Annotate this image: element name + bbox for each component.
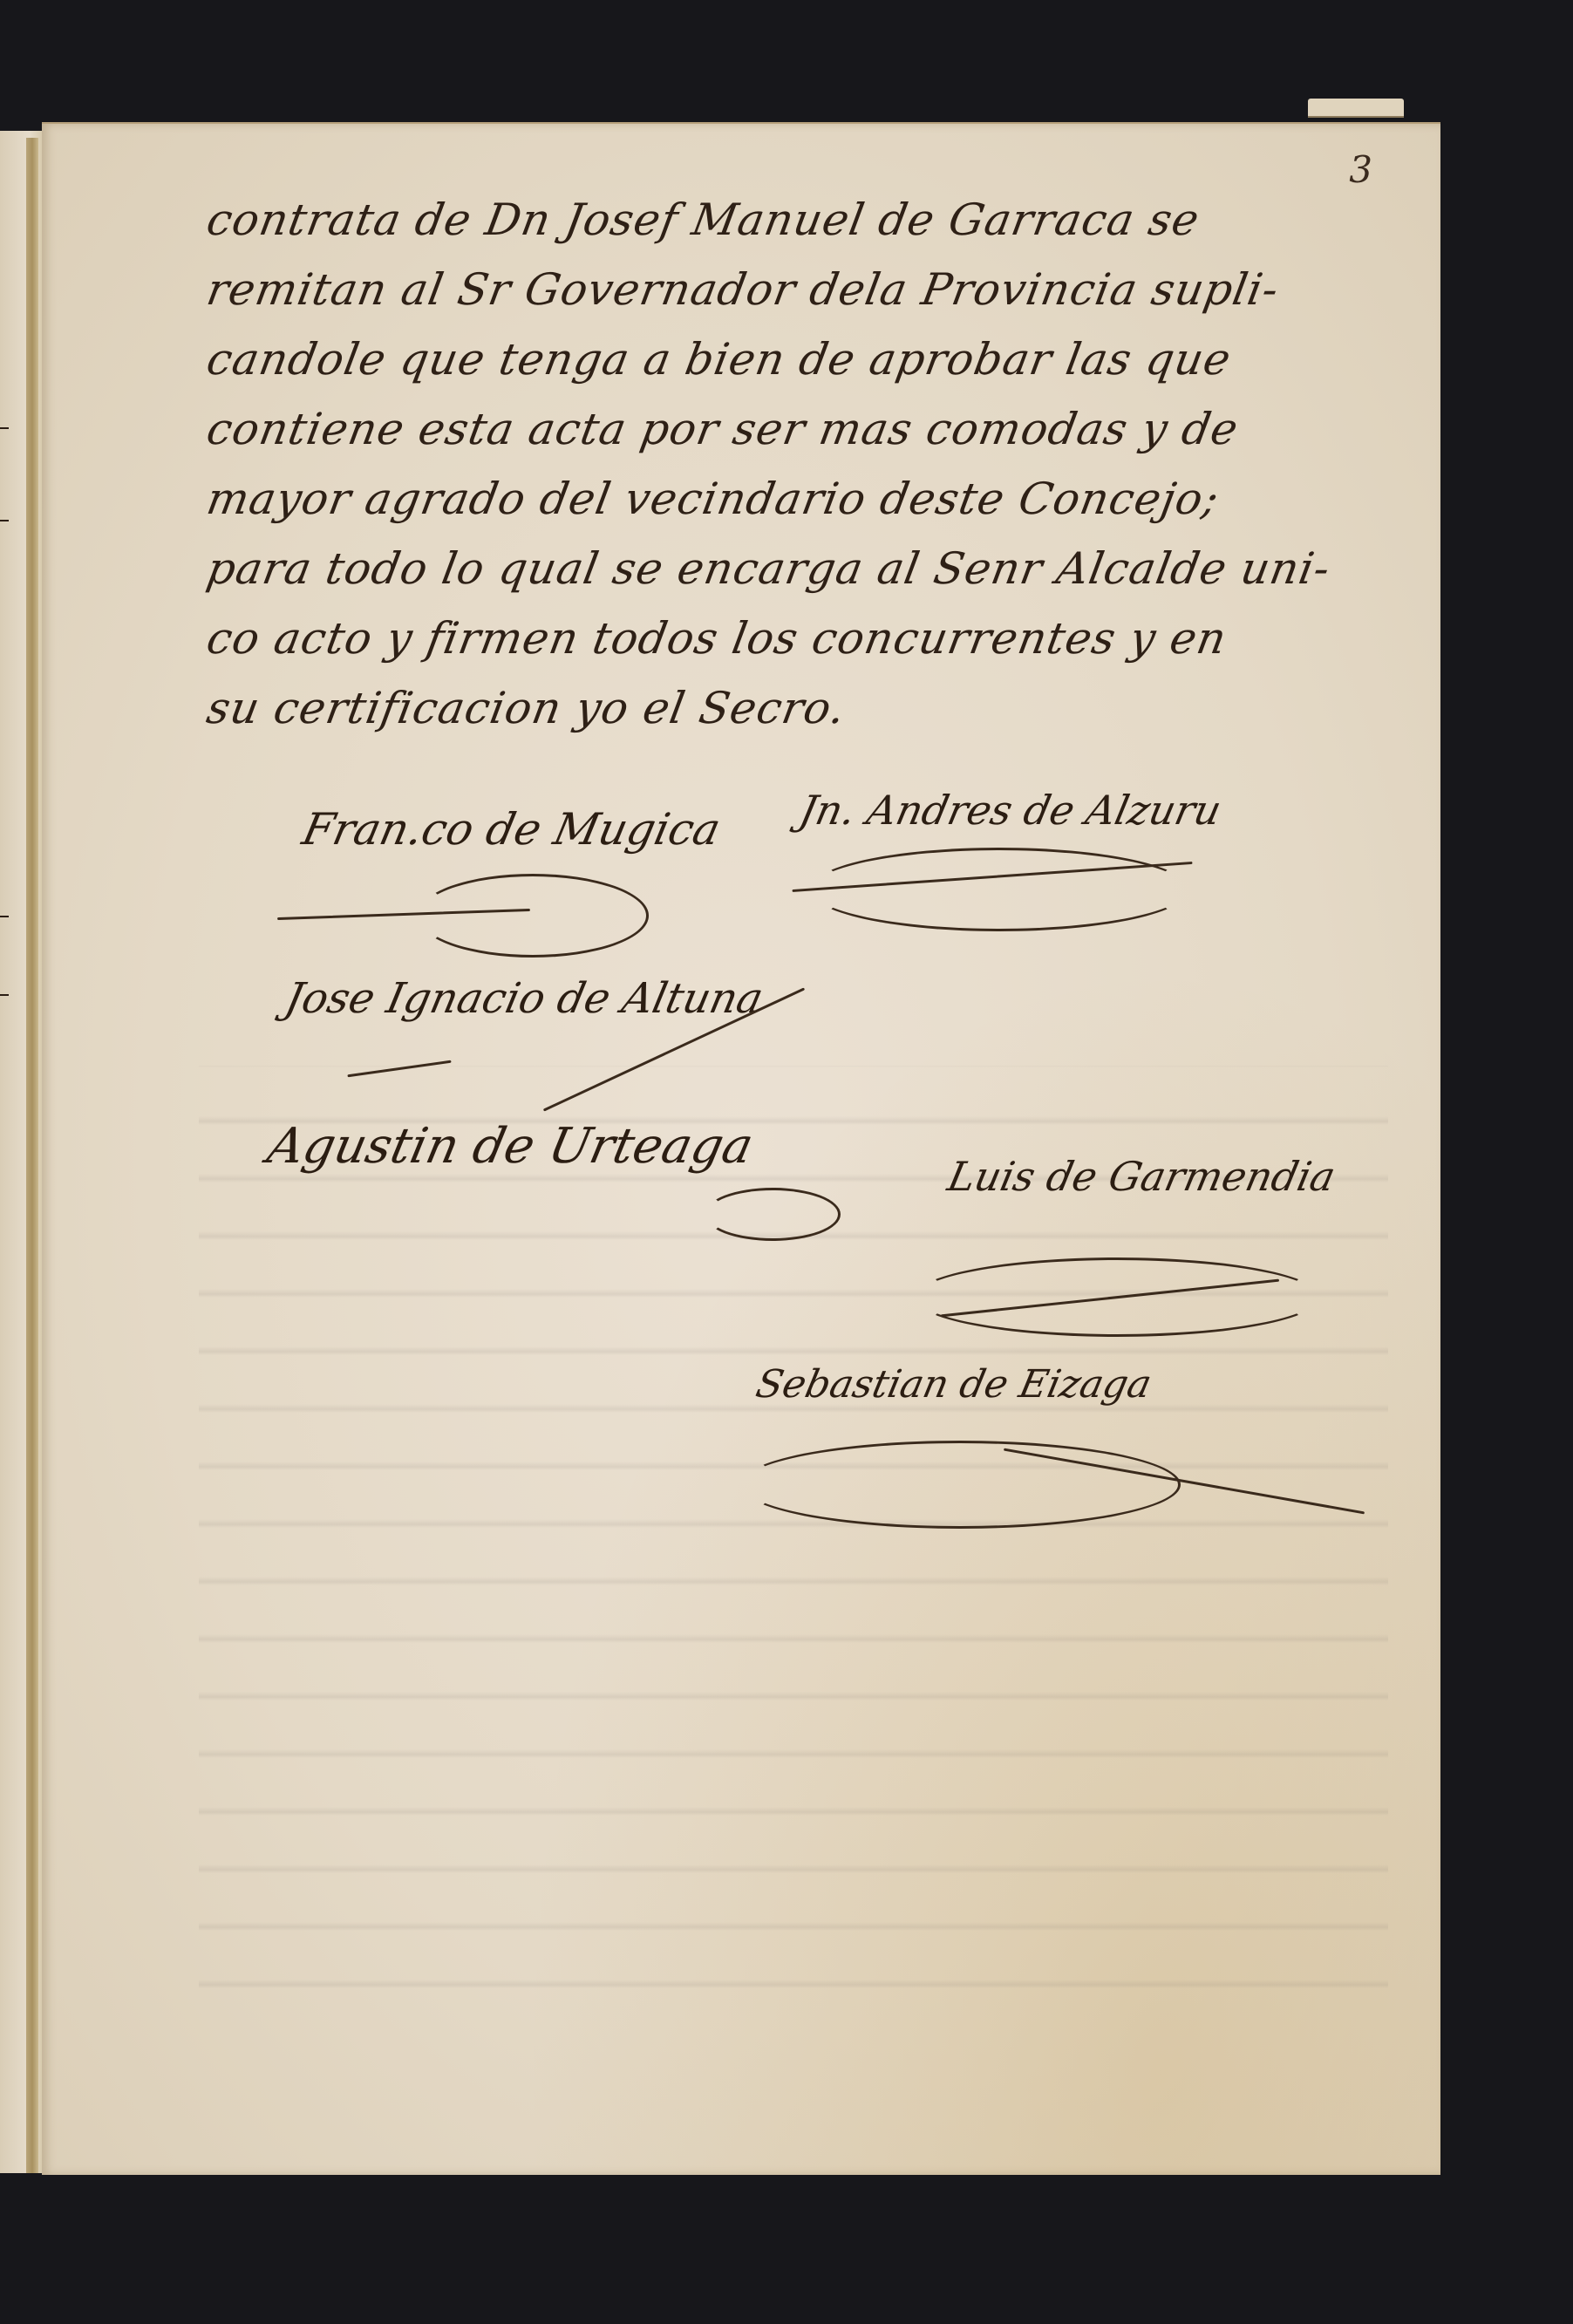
verso-ink-mark — [0, 520, 9, 521]
text-line: su certificacion yo el Secro. — [201, 673, 1443, 743]
signature-eizaga: Sebastian de Eizaga — [752, 1362, 1156, 1407]
text-line: contiene esta acta por ser mas comodas y… — [201, 394, 1443, 464]
manuscript-page: 3 contrata de Dn Josef Manuel de Garraca… — [42, 122, 1440, 2175]
rubric-flourish — [417, 874, 649, 958]
text-line: remitan al Sr Governador dela Provincia … — [201, 255, 1443, 324]
signature-garmendia: Luis de Garmendia — [943, 1153, 1339, 1200]
signature-mugica: Fran.co de Mugica — [298, 804, 725, 855]
body-text: contrata de Dn Josef Manuel de Garraca s… — [208, 185, 1437, 743]
signature-urteaga: Agustin de Urteaga — [262, 1118, 758, 1175]
text-line: contrata de Dn Josef Manuel de Garraca s… — [201, 185, 1443, 255]
verso-ink-mark — [0, 994, 9, 996]
text-line: co acto y firmen todos los concurrentes … — [201, 603, 1443, 673]
verso-ink-mark — [0, 427, 9, 429]
stacked-page-edge — [1308, 99, 1404, 118]
text-line: mayor agrado del vecindario deste Concej… — [201, 464, 1443, 534]
text-line: para todo lo qual se encarga al Senr Alc… — [201, 534, 1443, 603]
binding-gutter — [26, 138, 38, 2173]
rubric-flourish — [705, 1188, 841, 1241]
signature-alzuru: Jn. Andres de Alzuru — [795, 787, 1225, 834]
text-line: candole que tenga a bien de aprobar las … — [201, 324, 1443, 394]
signature-altuna: Jose Ignacio de Altuna — [281, 974, 767, 1023]
rubric-flourish — [809, 848, 1189, 931]
verso-ink-mark — [0, 916, 9, 917]
rubric-flourish — [739, 1441, 1181, 1529]
